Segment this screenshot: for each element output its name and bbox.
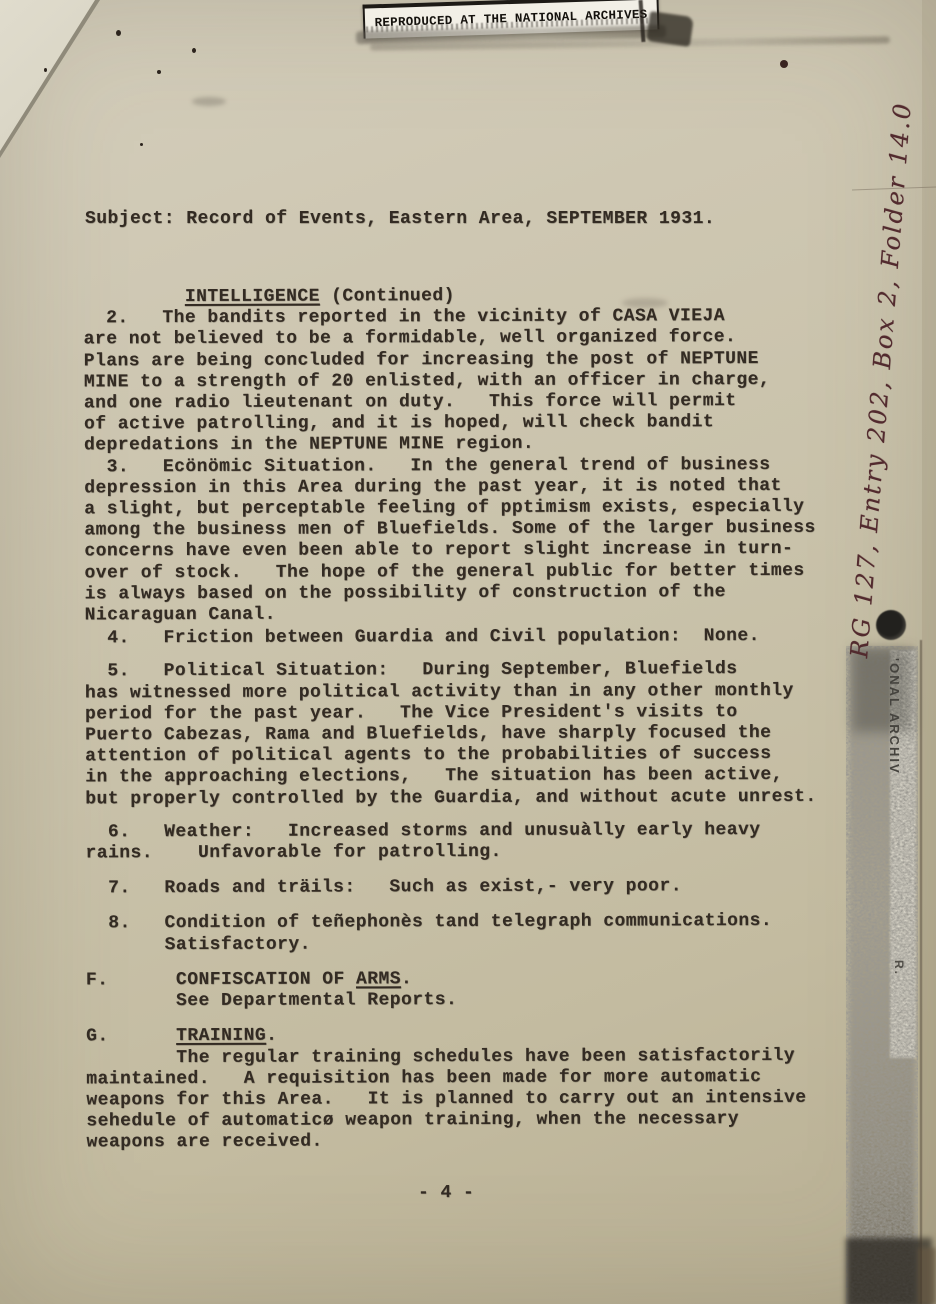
heading-underlined: INTELLIGENCE (185, 287, 320, 307)
section-f-heading: F. CONFISCATION OF ARMS. (86, 968, 866, 992)
speck (44, 68, 47, 72)
text-line: and one radio lieutenant on duty. This f… (84, 391, 864, 415)
text-line: are not believed to be a formidable, wel… (84, 327, 864, 351)
paragraph-3: 3. Ecönömic Situation. In the general tr… (84, 454, 865, 626)
text-line: over of stock. The hope of the general p… (84, 560, 864, 584)
page-edge-tint (922, 0, 936, 1304)
text-line: rains. Unfavorable for patrolling. (85, 841, 865, 865)
paragraph-4: 4. Friction between Guardia and Civil po… (85, 626, 865, 650)
text-line: in the approaching elections, The situat… (85, 765, 865, 789)
document-body: INTELLIGENCE (Continued) 2. The bandits … (83, 285, 866, 1154)
heading-underlined: ARMS (356, 969, 401, 989)
text-line: among the business men of Bluefields. So… (84, 518, 864, 542)
section-f-confiscation: F. CONFISCATION OF ARMS. See Departmenta… (86, 968, 866, 1013)
ink-dot (780, 60, 788, 68)
text-line: 8. Condition of teñephonès tand telegrap… (86, 911, 866, 935)
text-line: concerns have even been able to report s… (84, 539, 864, 563)
paragraph-8: 8. Condition of teñephonès tand telegrap… (86, 911, 866, 956)
paragraph-6: 6. Weather: Increased storms and unusuàl… (85, 820, 865, 865)
page-number: - 4 - (418, 1183, 474, 1204)
subject-line: Subject: Record of Events, Eastern Area,… (85, 209, 715, 230)
speck (116, 30, 121, 36)
text-line: has witnessed more political activity th… (85, 680, 865, 704)
faint-smudge (622, 298, 668, 308)
text-line: 6. Weather: Increased storms and unusuàl… (85, 820, 865, 844)
text-line: but properly controlled by the Guardia, … (85, 786, 865, 810)
text-line: Plans are being concluded for increasing… (84, 348, 864, 372)
paragraph-7: 7. Roads and träils: Such as exist,- ver… (86, 876, 866, 900)
photocopy-band-shadow (852, 648, 912, 732)
section-heading-intelligence: INTELLIGENCE (Continued) (83, 285, 863, 309)
text-line: is always based on the possibility of co… (85, 581, 865, 605)
underlying-sheet-corner (0, 0, 110, 170)
text-line: a slight, but perceptable feeling of ppt… (84, 497, 864, 521)
text-line: depression in this Area during the past … (84, 475, 864, 499)
text-line: of active patrolling, and it is hoped, w… (84, 412, 864, 436)
text-line: weapons are received. (86, 1130, 866, 1154)
scanned-document-page: REPRODUCED AT THE NATIONAL ARCHIVES Subj… (0, 0, 936, 1304)
text-line: The regular training schedules have been… (86, 1045, 866, 1069)
heading-underlined: TRAINING (176, 1026, 266, 1046)
section-g-training: G. TRAINING. The regular training schedu… (86, 1024, 866, 1154)
text-line: 7. Roads and träils: Such as exist,- ver… (86, 876, 866, 900)
text-line: sehedule of automaticø weapon training, … (86, 1109, 866, 1133)
speck (140, 143, 143, 146)
text-line: depredations in the NEPTUNE MINE region. (84, 433, 864, 457)
speck (157, 70, 161, 74)
text-line: Satisfactory. (86, 932, 866, 956)
photocopy-band-noise (846, 646, 918, 1304)
ink-blot (876, 610, 906, 640)
paragraph-2: 2. The bandits reported in the vicinity … (84, 306, 865, 457)
text-line: weapons for this Area. It is planned to … (86, 1088, 866, 1112)
text-line: 2. The bandits reported in the vicinity … (84, 306, 864, 330)
text-line: period for the past year. The Vice Presi… (85, 701, 865, 725)
paragraph-5: 5. Political Situation: During September… (85, 659, 866, 810)
edge-stamp-letter: R. (892, 960, 906, 976)
text-line: Puerto Cabezas, Rama and Bluefields, hav… (85, 723, 865, 747)
text-line: Nicaraguan Canal. (85, 603, 865, 627)
section-g-heading: G. TRAINING. (86, 1024, 866, 1048)
text-line: 4. Friction between Guardia and Civil po… (85, 626, 865, 650)
text-line: maintained. A requisition has been made … (86, 1066, 866, 1090)
edge-archives-stamp-bleed: 'ONAL ARCHIV (887, 658, 902, 775)
text-line: attention of political agents to the pro… (85, 744, 865, 768)
text-line: 5. Political Situation: During September… (85, 659, 865, 683)
ink-blotch (646, 11, 694, 47)
faint-smudge (192, 97, 226, 106)
text-line: MINE to a strength of 20 enlisted, with … (84, 369, 864, 393)
text-line: 3. Ecönömic Situation. In the general tr… (84, 454, 864, 478)
speck (192, 48, 196, 53)
text-line: See Departmental Reports. (86, 989, 866, 1013)
